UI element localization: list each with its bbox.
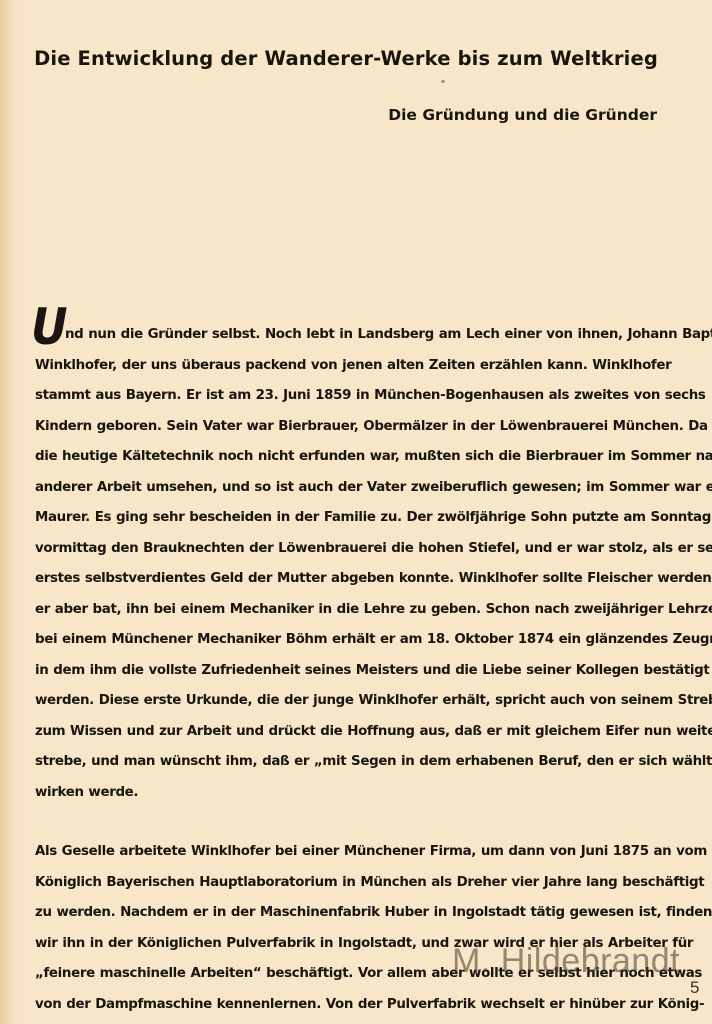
text-line: von der Dampfmaschine kennenlernen. Von … bbox=[35, 990, 662, 1021]
text-line: stammt aus Bayern. Er ist am 23. Juni 18… bbox=[35, 381, 662, 412]
text-line: werden. Diese erste Urkunde, die der jun… bbox=[35, 686, 662, 717]
page-title: Die Entwicklung der Wanderer-Werke bis z… bbox=[0, 47, 658, 70]
text-line: Königlich Bayerischen Hauptlaboratorium … bbox=[35, 868, 662, 899]
text-line: anderer Arbeit umsehen, und so ist auch … bbox=[35, 473, 662, 504]
text-line: zu werden. Nachdem er in der Maschinenfa… bbox=[35, 898, 662, 929]
text-line: „feinere maschinelle Arbeiten“ beschäfti… bbox=[35, 959, 662, 990]
text-line: Und nun die Gründer selbst. Noch lebt in… bbox=[35, 320, 662, 351]
section-subtitle: Die Gründung und die Gründer bbox=[0, 106, 657, 124]
text-line: die heutige Kältetechnik noch nicht erfu… bbox=[35, 442, 662, 473]
text-line: Kindern geboren. Sein Vater war Bierbrau… bbox=[35, 412, 662, 443]
text-line: Als Geselle arbeitete Winklhofer bei ein… bbox=[35, 837, 662, 868]
text-line: wirken werde. bbox=[35, 778, 662, 809]
text-line: Winklhofer, der uns überaus packend von … bbox=[35, 351, 662, 382]
text-line: erstes selbstverdientes Geld der Mutter … bbox=[35, 564, 662, 595]
page-number: 5 bbox=[690, 978, 699, 998]
text-line: strebe, und man wünscht ihm, daß er „mit… bbox=[35, 747, 662, 778]
text-line: bei einem Münchener Mechaniker Böhm erhä… bbox=[35, 625, 662, 656]
text-line: er aber bat, ihn bei einem Mechaniker in… bbox=[35, 595, 662, 626]
scanned-page: Die Entwicklung der Wanderer-Werke bis z… bbox=[0, 0, 712, 1024]
text-line: wir ihn in der Königlichen Pulverfabrik … bbox=[35, 929, 662, 960]
text-line-content: nd nun die Gründer selbst. Noch lebt in … bbox=[65, 327, 712, 342]
text-line: in dem ihm die vollste Zufriedenheit sei… bbox=[35, 656, 662, 687]
paragraph-2: Als Geselle arbeitete Winklhofer bei ein… bbox=[35, 837, 662, 1020]
text-line: vormittag den Brauknechten der Löwenbrau… bbox=[35, 534, 662, 565]
text-line: zum Wissen und zur Arbeit und drückt die… bbox=[35, 717, 662, 748]
paragraph-1: Und nun die Gründer selbst. Noch lebt in… bbox=[35, 320, 662, 808]
text-line: Maurer. Es ging sehr bescheiden in der F… bbox=[35, 503, 662, 534]
paper-speck bbox=[441, 80, 445, 83]
drop-cap: U bbox=[31, 302, 67, 352]
